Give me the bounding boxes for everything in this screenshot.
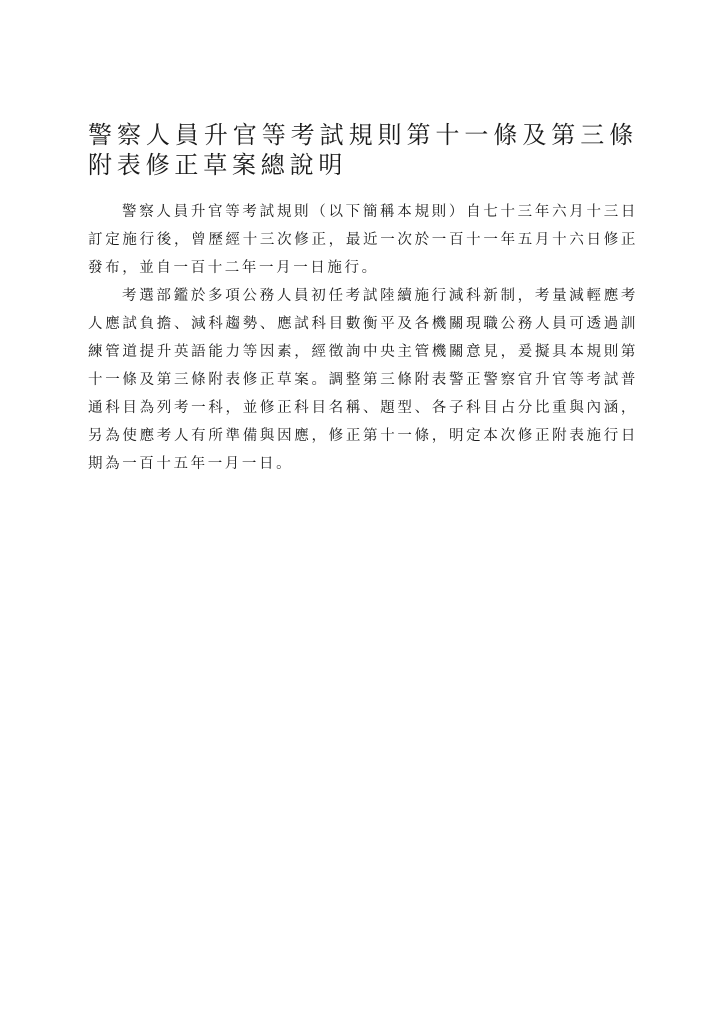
paragraph-background: 警察人員升官等考試規則（以下簡稱本規則）自七十三年六月十三日訂定施行後，曾歷經十…	[88, 198, 638, 282]
document-page: 警察人員升官等考試規則第十一條及第三條附表修正草案總說明 警察人員升官等考試規則…	[88, 120, 638, 478]
document-title: 警察人員升官等考試規則第十一條及第三條附表修正草案總說明	[88, 120, 638, 180]
paragraph-amendment-rationale: 考選部鑑於多項公務人員初任考試陸續施行減科新制，考量減輕應考人應試負擔、減科趨勢…	[88, 282, 638, 478]
